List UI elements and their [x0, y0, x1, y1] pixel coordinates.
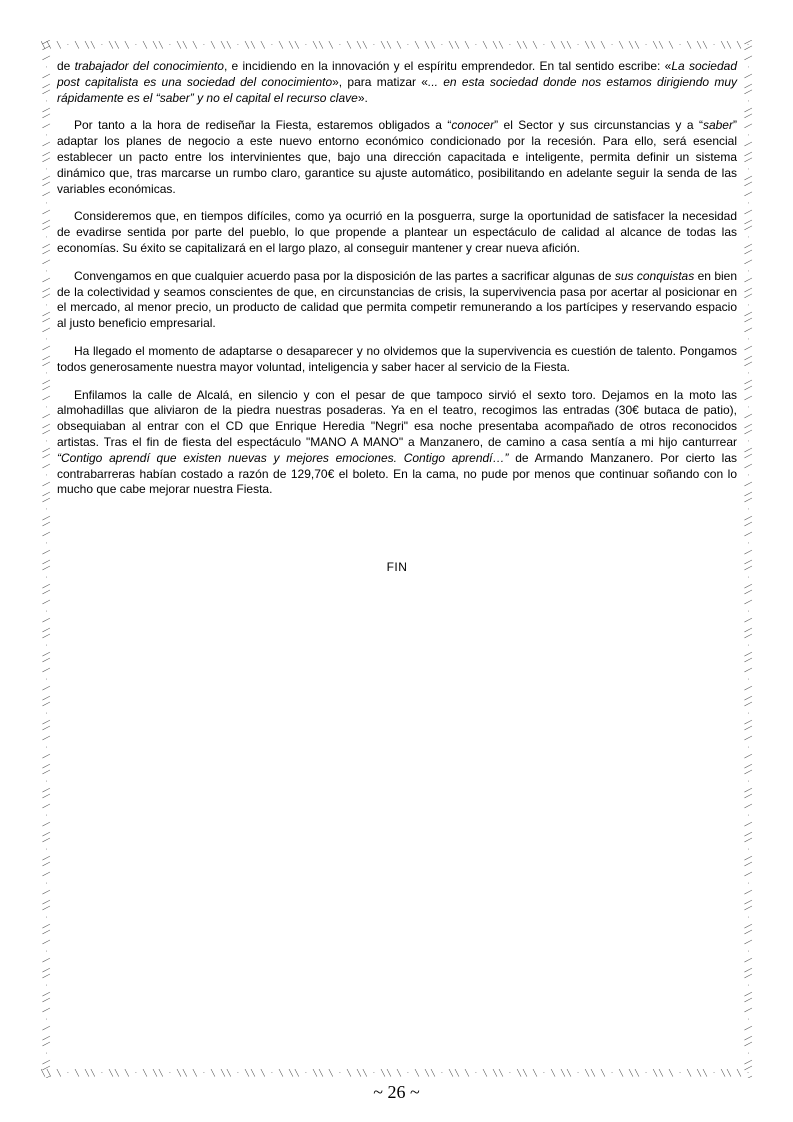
decorative-border-left: ╲╲ ╲ · ╲ ╲╲ · ╲╲ ╲ · ╲ ╲╲ · ╲╲ ╲ · ╲ ╲╲ …: [41, 40, 51, 1078]
paragraph: Por tanto a la hora de rediseñar la Fies…: [57, 118, 737, 197]
fin-label: FIN: [57, 560, 737, 576]
paragraph: Convengamos en que cualquier acuerdo pas…: [57, 269, 737, 332]
paragraph: de trabajador del conocimiento, e incidi…: [57, 59, 737, 106]
document-page: { "colors": { "background": "#ffffff", "…: [0, 0, 793, 1122]
paragraph: Consideremos que, en tiempos difíciles, …: [57, 209, 737, 256]
decorative-border-top: ╲╲ ╲ · ╲ ╲╲ · ╲╲ ╲ · ╲ ╲╲ · ╲╲ ╲ · ╲ ╲╲ …: [41, 40, 753, 50]
body-paragraphs: de trabajador del conocimiento, e incidi…: [57, 59, 737, 498]
paragraph: Enfilamos la calle de Alcalá, en silenci…: [57, 388, 737, 499]
page-number: ~ 26 ~: [0, 1082, 793, 1103]
page-content: de trabajador del conocimiento, e incidi…: [57, 59, 737, 576]
paragraph: Ha llegado el momento de adaptarse o des…: [57, 344, 737, 376]
decorative-border-bottom: ╲╲ ╲ · ╲ ╲╲ · ╲╲ ╲ · ╲ ╲╲ · ╲╲ ╲ · ╲ ╲╲ …: [41, 1068, 753, 1078]
decorative-border-right: ╲╲ ╲ · ╲ ╲╲ · ╲╲ ╲ · ╲ ╲╲ · ╲╲ ╲ · ╲ ╲╲ …: [743, 40, 753, 1078]
